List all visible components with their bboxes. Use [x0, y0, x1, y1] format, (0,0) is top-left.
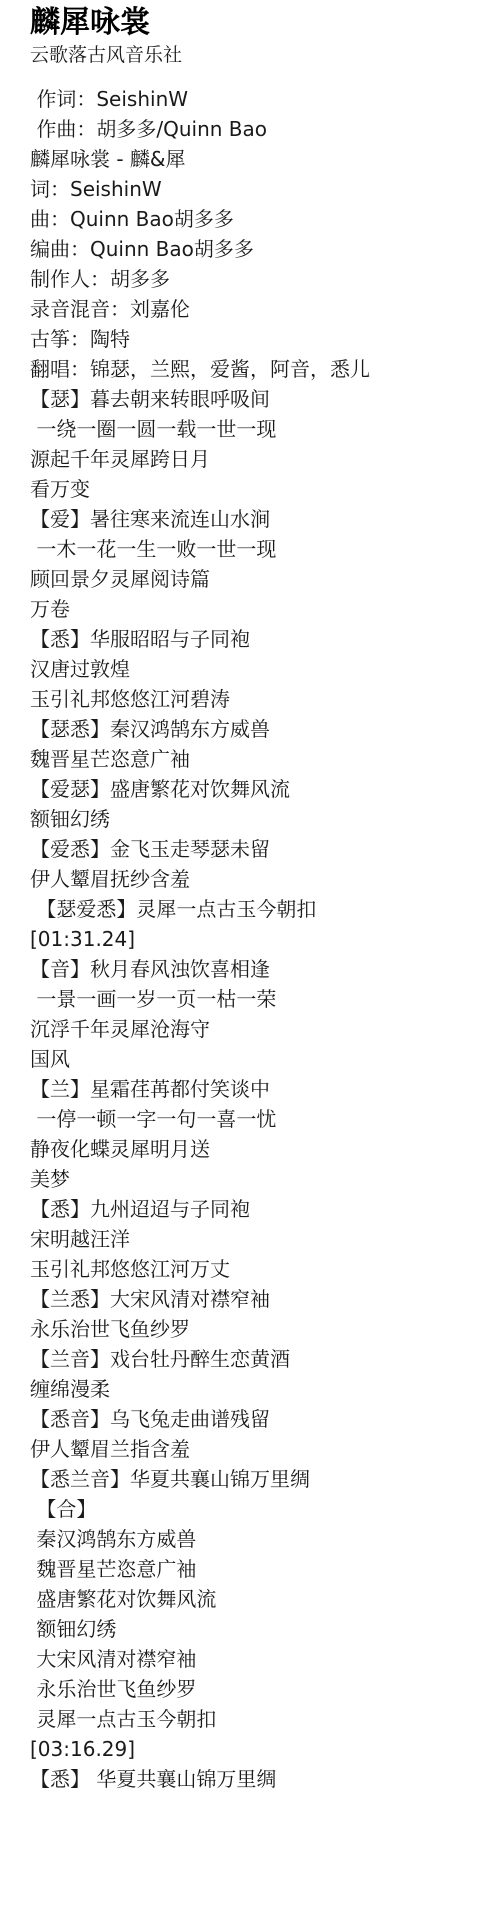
lyric-line: 缠绵漫柔	[30, 1374, 484, 1404]
lyric-line: 顾回景夕灵犀阅诗篇	[30, 564, 484, 594]
lyric-line: 伊人颦眉抚纱含羞	[30, 864, 484, 894]
lyric-line: 汉唐过敦煌	[30, 654, 484, 684]
lyric-line: 【瑟爱悉】灵犀一点古玉今朝扣	[30, 894, 484, 924]
credit-line: 编曲：Quinn Bao胡多多	[30, 234, 484, 264]
lyrics-page: 麟犀咏裳 云歌落古风音乐社 作词：SeishinW 作曲：胡多多/Quinn B…	[0, 0, 500, 1794]
lyric-line: 额钿幻绣	[30, 1614, 484, 1644]
lyric-line: 玉引礼邦悠悠江河碧涛	[30, 684, 484, 714]
lyric-line: [03:16.29]	[30, 1734, 484, 1764]
credit-line: 翻唱：锦瑟，兰熙，爱酱，阿音，悉儿	[30, 354, 484, 384]
lyric-line: 【兰音】戏台牡丹醉生恋黄酒	[30, 1344, 484, 1374]
lyric-line: 【兰悉】大宋风清对襟窄袖	[30, 1284, 484, 1314]
lyric-line: 一绕一圈一圆一载一世一现	[30, 414, 484, 444]
lyric-line: 秦汉鸿鹄东方威兽	[30, 1524, 484, 1554]
lyric-line: 【音】秋月春风浊饮喜相逢	[30, 954, 484, 984]
lyric-line: 万卷	[30, 594, 484, 624]
lyric-line: 一木一花一生一败一世一现	[30, 534, 484, 564]
lyric-line: [01:31.24]	[30, 924, 484, 954]
lyric-line: 永乐治世飞鱼纱罗	[30, 1674, 484, 1704]
lyric-line: 大宋风清对襟窄袖	[30, 1644, 484, 1674]
credit-line: 制作人：胡多多	[30, 264, 484, 294]
lyric-line: 【悉兰音】华夏共襄山锦万里绸	[30, 1464, 484, 1494]
lyric-line: 美梦	[30, 1164, 484, 1194]
artist-name: 云歌落古风音乐社	[30, 42, 484, 68]
lyric-line: 沉浮千年灵犀沧海守	[30, 1014, 484, 1044]
lyric-line: 【悉】华服昭昭与子同袍	[30, 624, 484, 654]
lyric-line: 国风	[30, 1044, 484, 1074]
credit-line: 作词：SeishinW	[30, 84, 484, 114]
lyric-line: 盛唐繁花对饮舞风流	[30, 1584, 484, 1614]
lyric-line: 【悉】 华夏共襄山锦万里绸	[30, 1764, 484, 1794]
lyric-line: 静夜化蝶灵犀明月送	[30, 1134, 484, 1164]
lyric-line: 一停一顿一字一句一喜一忧	[30, 1104, 484, 1134]
lyric-line: 【爱瑟】盛唐繁花对饮舞风流	[30, 774, 484, 804]
lyric-line: 【爱】暑往寒来流连山水涧	[30, 504, 484, 534]
lyric-line: 【爱悉】金飞玉走琴瑟未留	[30, 834, 484, 864]
lyric-line: 源起千年灵犀跨日月	[30, 444, 484, 474]
lyric-line: 【悉】九州迢迢与子同袍	[30, 1194, 484, 1224]
credit-line: 古筝：陶特	[30, 324, 484, 354]
lyric-line: 【合】	[30, 1494, 484, 1524]
lyric-line: 玉引礼邦悠悠江河万丈	[30, 1254, 484, 1284]
lyric-line: 伊人颦眉兰指含羞	[30, 1434, 484, 1464]
lyrics-block: 【瑟】暮去朝来转眼呼吸间 一绕一圈一圆一载一世一现源起千年灵犀跨日月看万变【爱】…	[30, 384, 484, 1794]
lyric-line: 额钿幻绣	[30, 804, 484, 834]
lyric-line: 灵犀一点古玉今朝扣	[30, 1704, 484, 1734]
lyric-line: 看万变	[30, 474, 484, 504]
lyric-line: 永乐治世飞鱼纱罗	[30, 1314, 484, 1344]
credit-line: 曲：Quinn Bao胡多多	[30, 204, 484, 234]
credit-line: 麟犀咏裳 - 麟&犀	[30, 144, 484, 174]
credits-block: 作词：SeishinW 作曲：胡多多/Quinn Bao麟犀咏裳 - 麟&犀词：…	[30, 84, 484, 384]
lyric-line: 一景一画一岁一页一枯一荣	[30, 984, 484, 1014]
song-title: 麟犀咏裳	[30, 4, 484, 42]
lyric-line: 【瑟】暮去朝来转眼呼吸间	[30, 384, 484, 414]
credit-line: 录音混音：刘嘉伦	[30, 294, 484, 324]
credit-line: 词：SeishinW	[30, 174, 484, 204]
lyric-line: 【瑟悉】秦汉鸿鹄东方威兽	[30, 714, 484, 744]
lyric-line: 魏晋星芒恣意广袖	[30, 744, 484, 774]
lyric-line: 宋明越汪洋	[30, 1224, 484, 1254]
lyric-line: 【悉音】乌飞兔走曲谱残留	[30, 1404, 484, 1434]
credit-line: 作曲：胡多多/Quinn Bao	[30, 114, 484, 144]
lyric-line: 魏晋星芒恣意广袖	[30, 1554, 484, 1584]
lyric-line: 【兰】星霜荏苒都付笑谈中	[30, 1074, 484, 1104]
